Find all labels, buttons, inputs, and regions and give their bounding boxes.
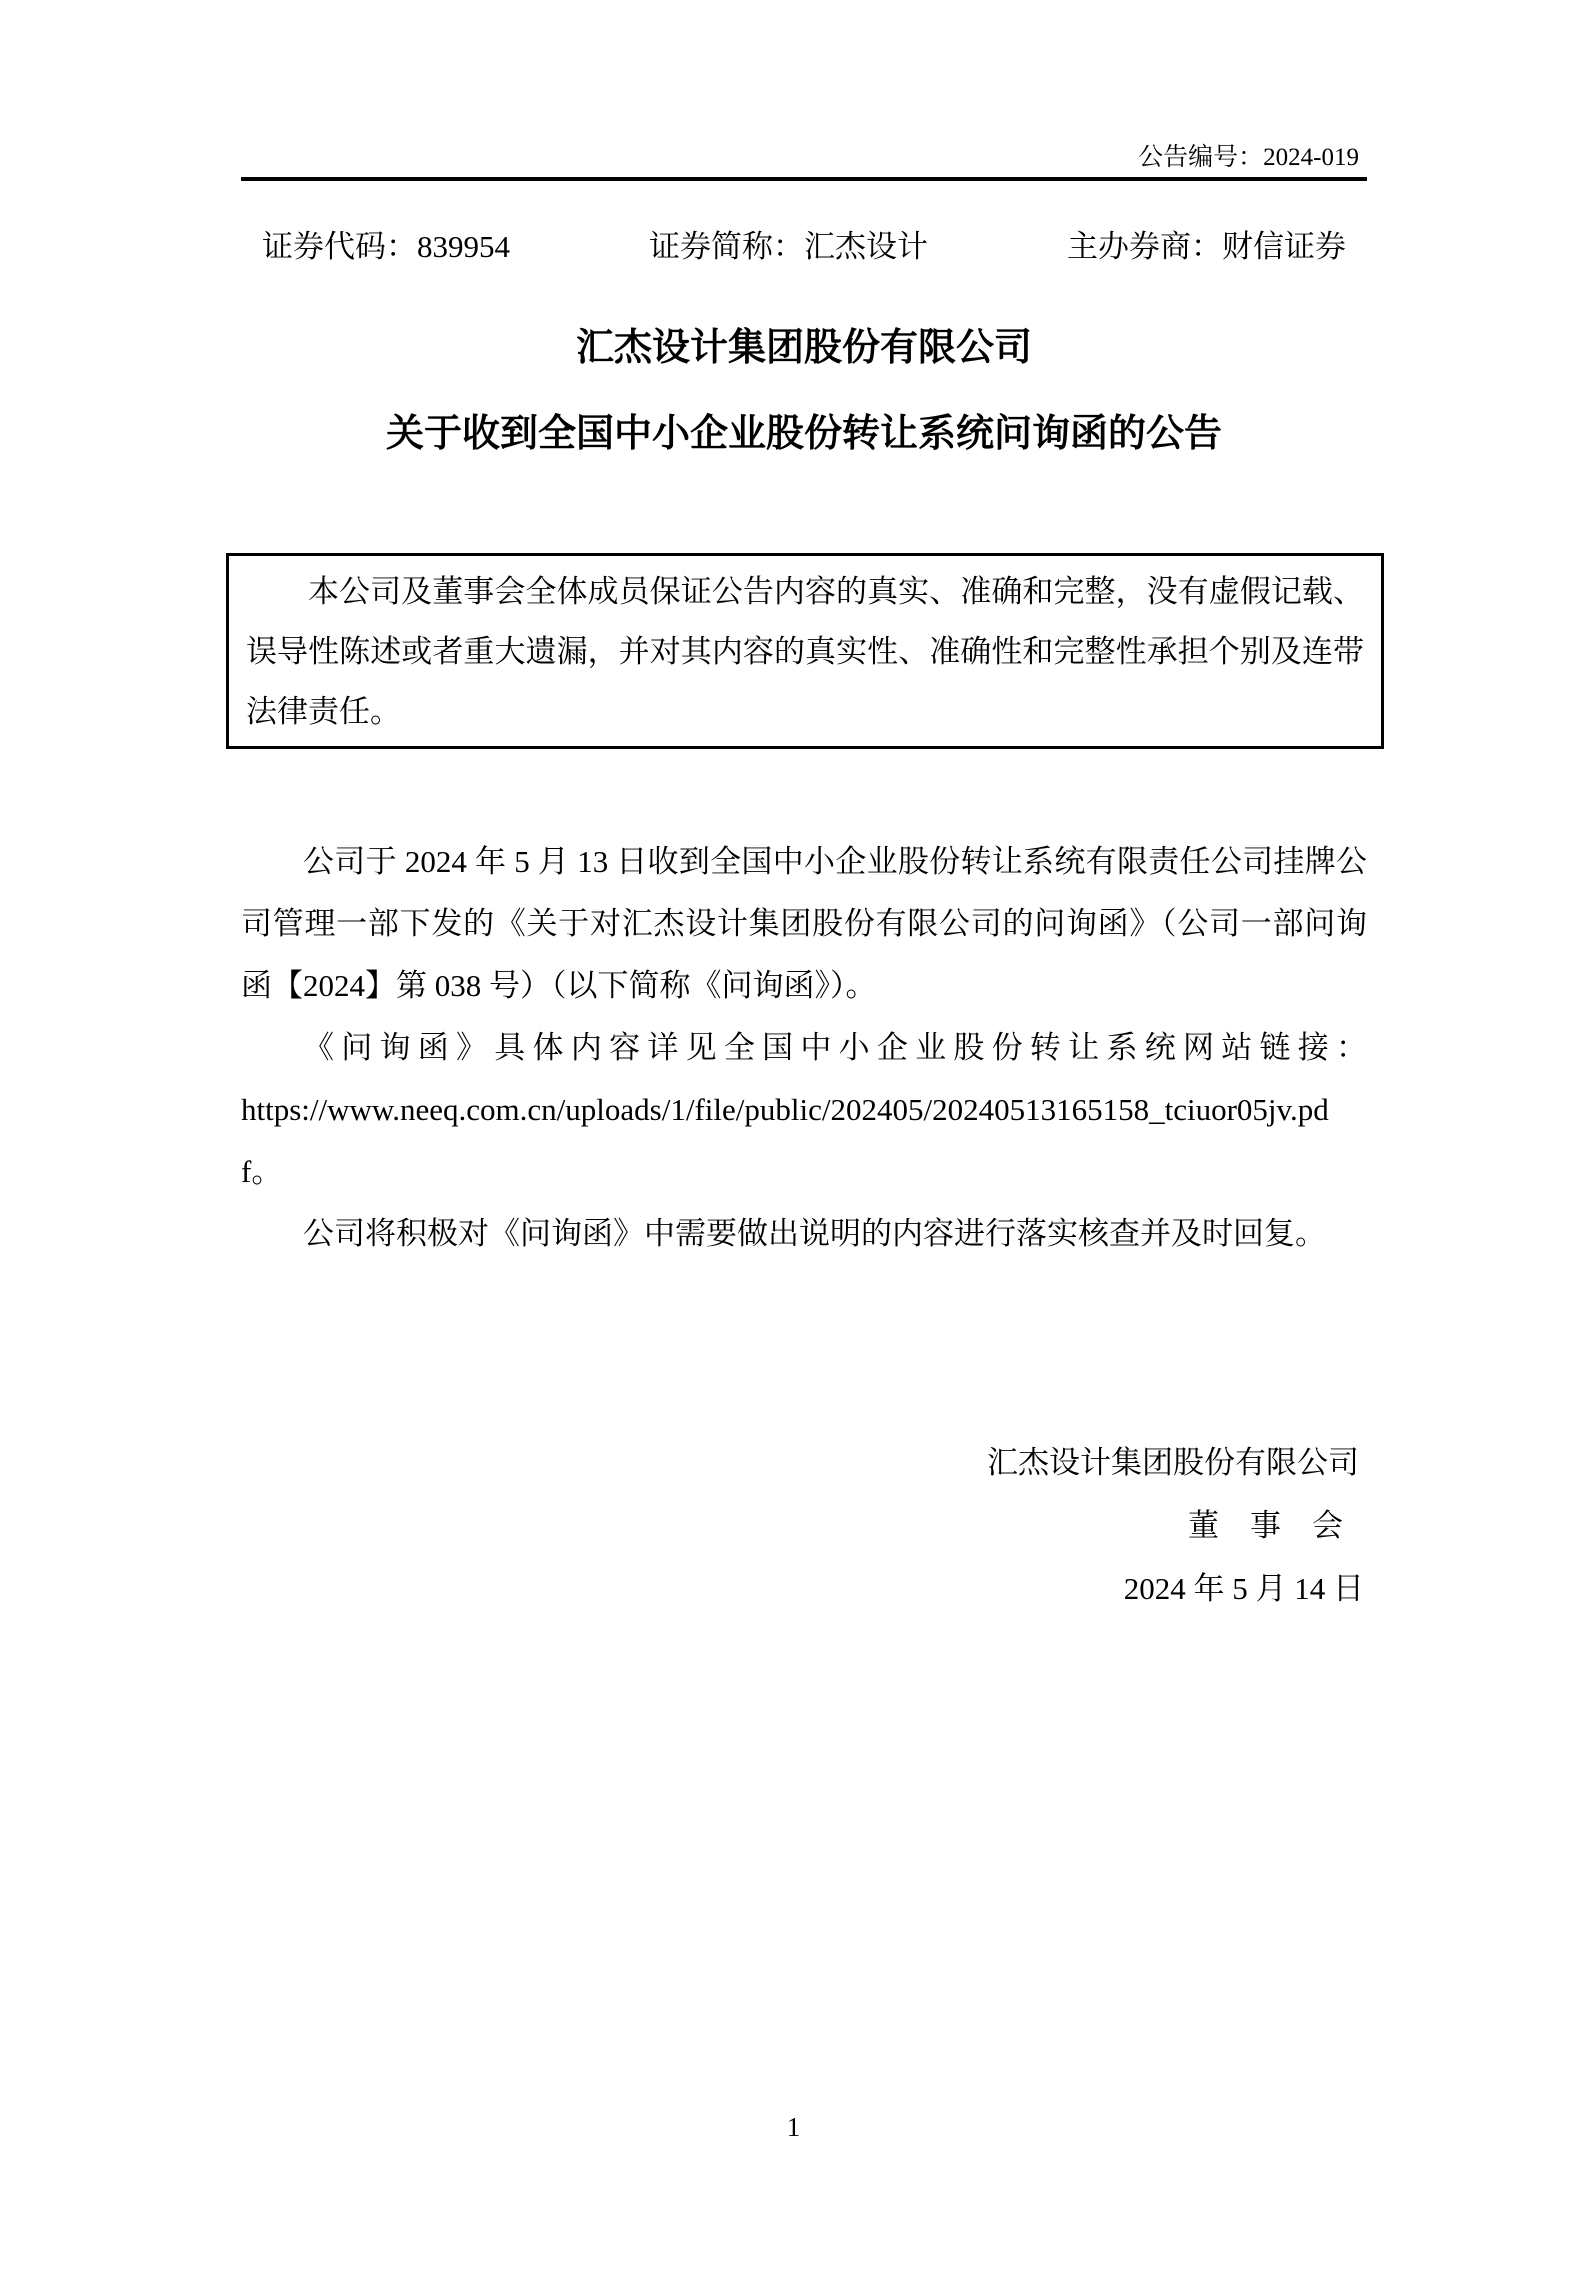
company-name-title: 汇杰设计集团股份有限公司 bbox=[241, 328, 1367, 368]
header-rule bbox=[241, 177, 1367, 181]
inquiry-link-url[interactable]: https://www.neeq.com.cn/uploads/1/file/p… bbox=[241, 1079, 1367, 1203]
declaration-box: 本公司及董事会全体成员保证公告内容的真实、准确和完整，没有虚假记载、误导性陈述或… bbox=[226, 553, 1384, 749]
signature-company: 汇杰设计集团股份有限公司 bbox=[241, 1431, 1367, 1494]
document-page: 公告编号：2024-019 证券代码：839954 证券简称：汇杰设计 主办券商… bbox=[0, 0, 1587, 2287]
declaration-text: 本公司及董事会全体成员保证公告内容的真实、准确和完整，没有虚假记载、误导性陈述或… bbox=[246, 574, 1364, 729]
paragraph-inquiry-link: 《问询函》具体内容详见全国中小企业股份转让系统网站链接： https://www… bbox=[241, 1017, 1367, 1203]
securities-code: 证券代码：839954 bbox=[262, 231, 510, 262]
page-number: 1 bbox=[0, 2112, 1587, 2142]
announcement-number: 公告编号：2024-019 bbox=[241, 143, 1367, 173]
inquiry-link-intro: 《问询函》具体内容详见全国中小企业股份转让系统网站链接： bbox=[241, 1017, 1367, 1079]
signature-date: 2024 年 5 月 14 日 bbox=[241, 1557, 1367, 1620]
signature-board: 董 事 会 bbox=[241, 1494, 1367, 1557]
securities-info-row: 证券代码：839954 证券简称：汇杰设计 主办券商：财信证券 bbox=[241, 231, 1367, 262]
paragraph-receipt-notice: 公司于 2024 年 5 月 13 日收到全国中小企业股份转让系统有限责任公司挂… bbox=[241, 831, 1367, 1017]
signature-block: 汇杰设计集团股份有限公司 董 事 会 2024 年 5 月 14 日 bbox=[241, 1431, 1367, 1620]
announcement-subject-title: 关于收到全国中小企业股份转让系统问询函的公告 bbox=[241, 414, 1367, 454]
paragraph-followup-statement: 公司将积极对《问询函》中需要做出说明的内容进行落实核查并及时回复。 bbox=[241, 1203, 1367, 1265]
securities-abbreviation: 证券简称：汇杰设计 bbox=[649, 231, 928, 262]
sponsor-broker: 主办券商：财信证券 bbox=[1067, 231, 1346, 262]
